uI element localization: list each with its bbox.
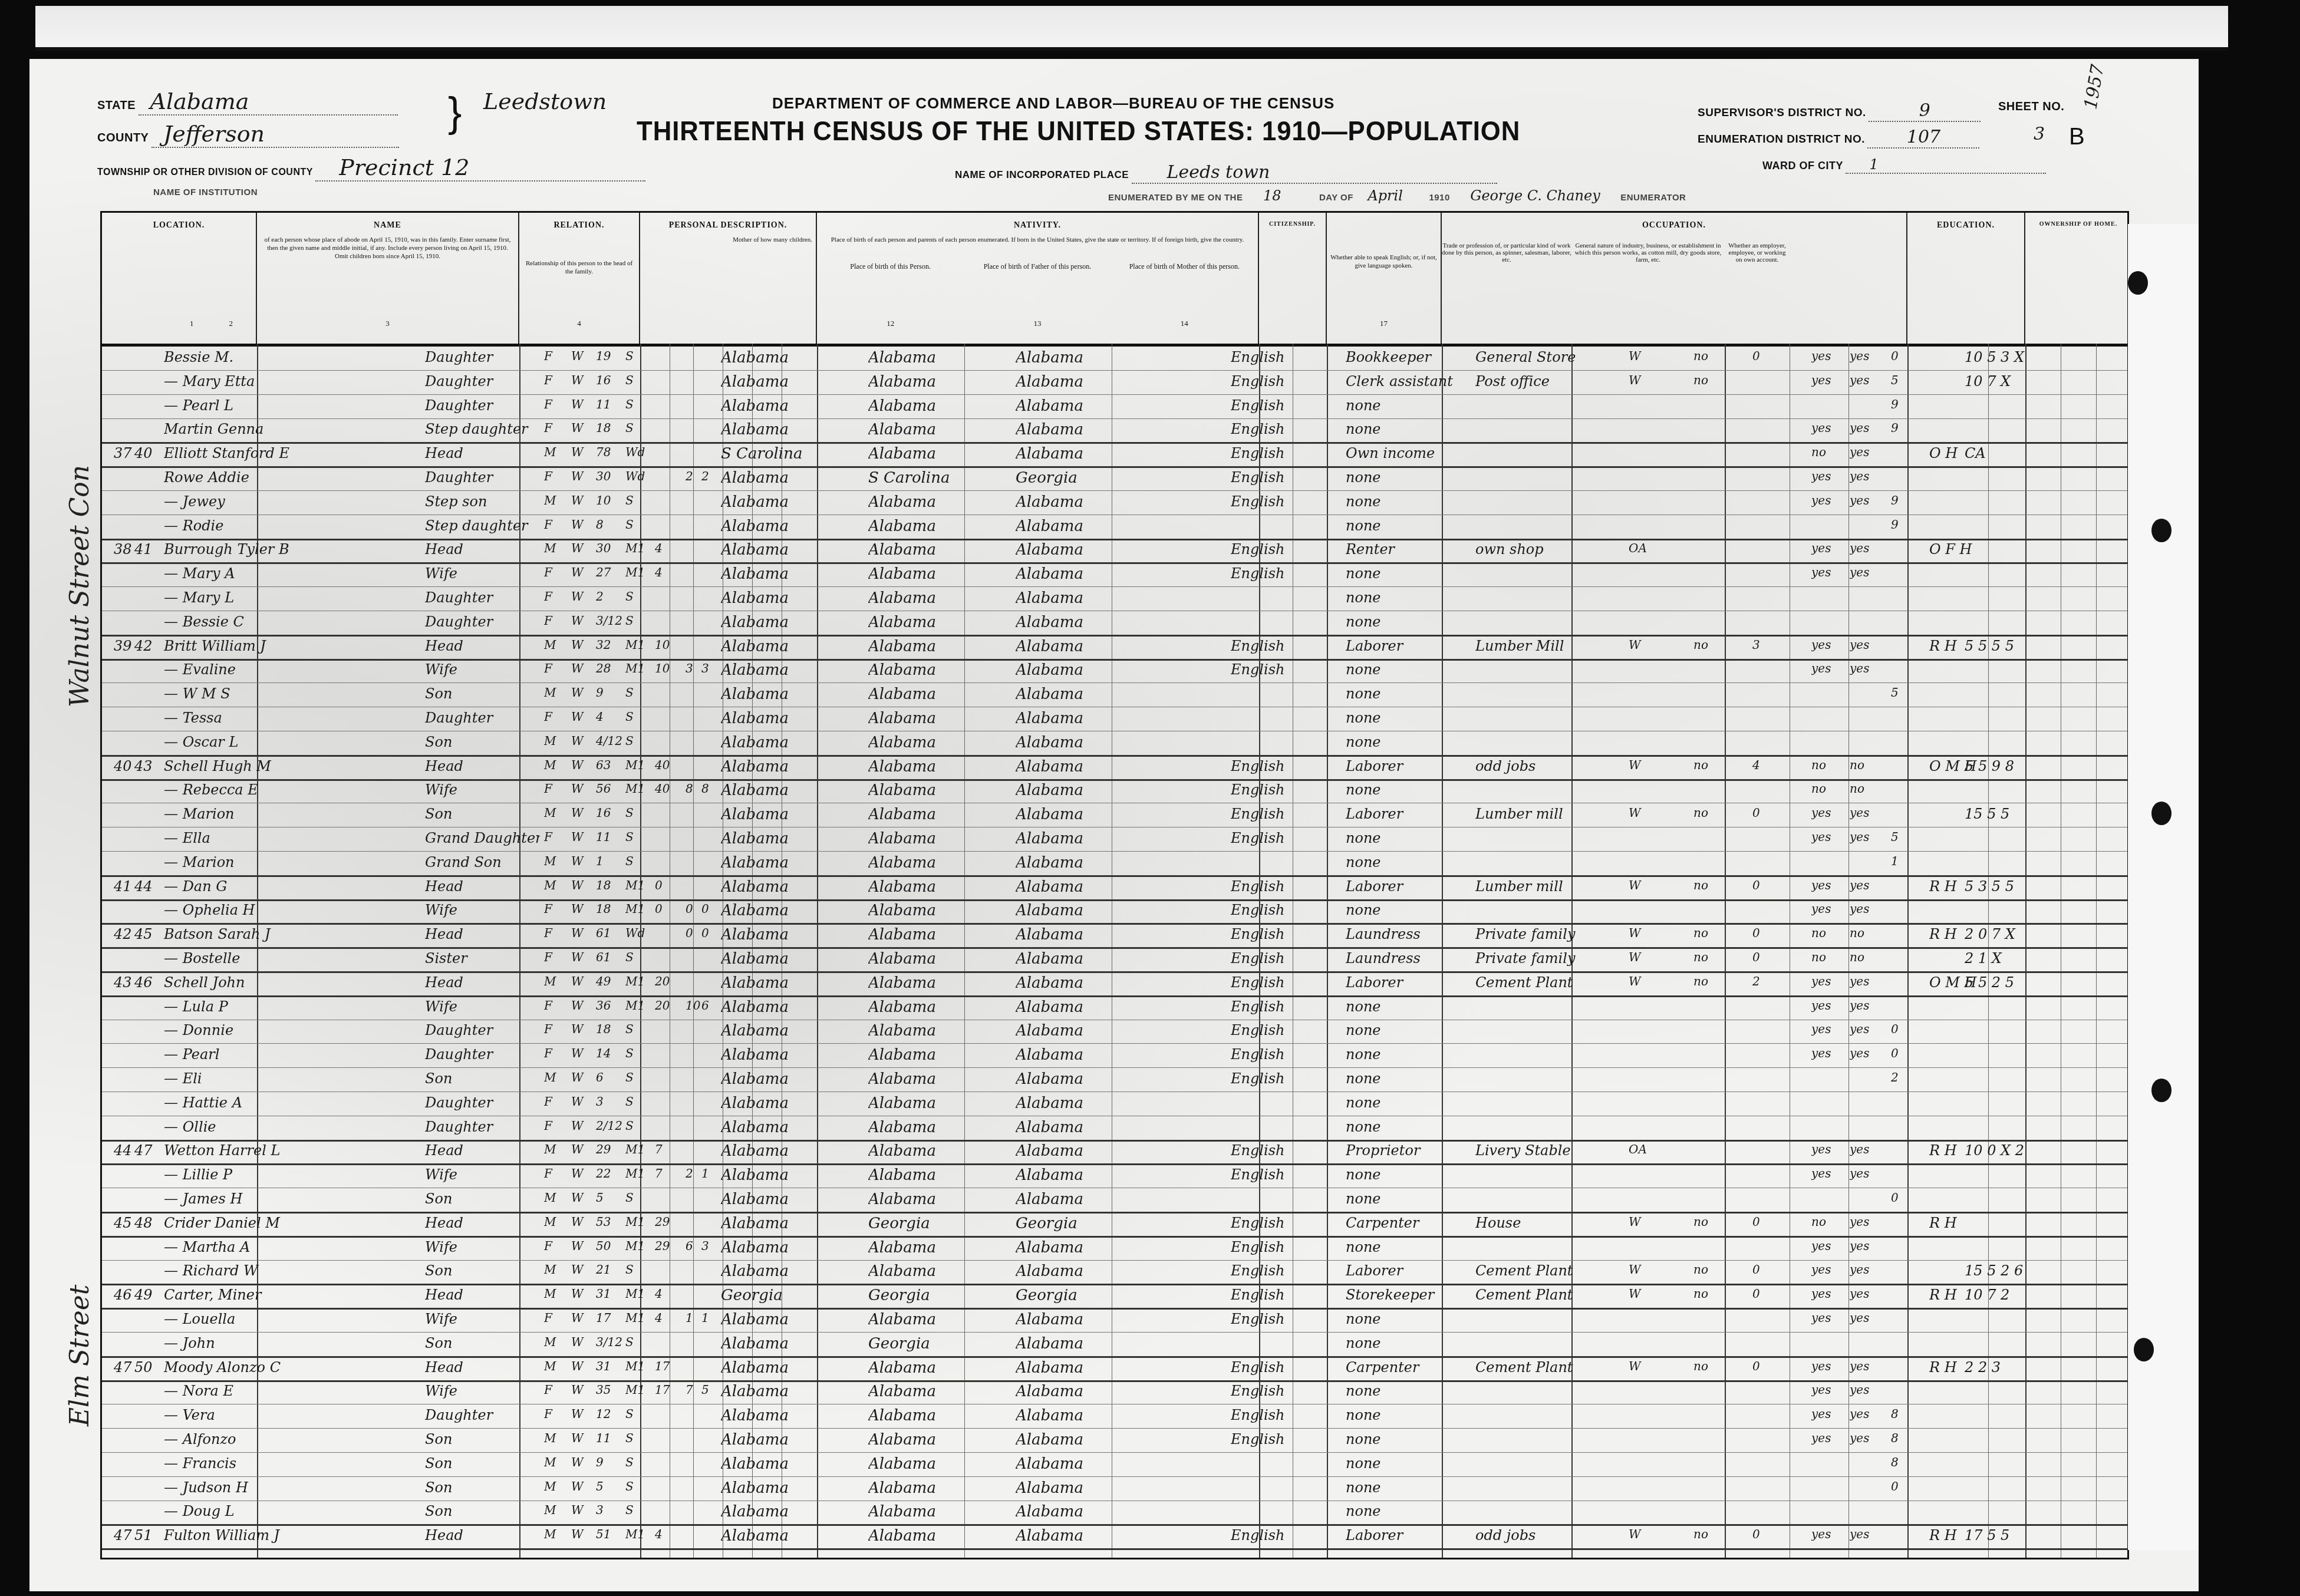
cell-relation: Head [425, 1527, 540, 1544]
cell-race: W [571, 1119, 592, 1133]
cell-emp: W [1629, 1287, 1688, 1301]
cell-relation: Wife [425, 781, 540, 798]
cell-mother: Alabama [1016, 1119, 1157, 1136]
cell-trade: none [1346, 710, 1469, 726]
cell-age: 61 [596, 950, 622, 964]
cell-weeks: 0 [1752, 1359, 1805, 1373]
cell-name: — Bostelle [164, 950, 417, 967]
cell-lang: English [1231, 1022, 1340, 1038]
cell-sex: M [544, 1287, 568, 1301]
cell-birth: Alabama [721, 589, 862, 607]
cell-marital: M1 [625, 638, 652, 652]
cell-age: 16 [596, 806, 622, 820]
cell-school: 8 [1891, 1407, 1923, 1421]
cell-write: yes [1850, 1383, 1888, 1397]
state-label: STATE [97, 99, 136, 112]
cell-name: — John [164, 1335, 417, 1351]
cell-relation: Wife [425, 998, 540, 1015]
cell-marital: M1 [625, 758, 652, 772]
cell-father: Alabama [868, 878, 1010, 896]
cell-read: yes [1811, 1407, 1850, 1421]
cell-out: no [1693, 1262, 1747, 1277]
cell-living: 1 [701, 1166, 716, 1180]
cell-father: Alabama [868, 493, 1010, 511]
cell-trade: none [1346, 1094, 1469, 1111]
cell-industry: own shop [1475, 541, 1623, 558]
cell-sex: F [544, 565, 568, 579]
table-row: 65— W M SSonMW9SAlabamaAlabamaAlabamanon… [102, 683, 2127, 707]
cell-write: no [1850, 758, 1888, 772]
cell-sex: F [544, 1094, 568, 1109]
cell-mother: Alabama [1016, 1046, 1157, 1064]
cell-mother: Alabama [1016, 541, 1157, 559]
cell-name: — Vera [164, 1407, 417, 1423]
cell-trade: none [1346, 1479, 1469, 1496]
cell-school: 8 [1891, 1431, 1923, 1445]
cell-trade: none [1346, 1119, 1469, 1135]
cell-sex: F [544, 589, 568, 604]
cell-marital: S [625, 734, 652, 748]
cell-birth: Alabama [721, 710, 862, 727]
cell-code: 2 1 X [1965, 950, 2029, 967]
cell-lang: English [1231, 493, 1340, 510]
cell-code: 15 5 5 [1965, 806, 2029, 822]
cell-sex: M [544, 1431, 568, 1445]
cell-race: W [571, 758, 592, 772]
cell-emp: OA [1629, 1142, 1688, 1156]
cell-lang: English [1231, 1142, 1340, 1159]
cell-code: 2 2 3 [1965, 1359, 2029, 1376]
cell-out: no [1693, 758, 1747, 772]
cell-school: 2 [1891, 1070, 1923, 1084]
cell-relation: Son [425, 1503, 540, 1519]
cell-write: no [1850, 950, 1888, 964]
cell-write: yes [1850, 565, 1888, 579]
cell-industry: Post office [1475, 373, 1623, 390]
cell-sex: M [544, 493, 568, 507]
cell-code: 15 5 2 6 [1965, 1262, 2029, 1279]
cell-age: 18 [596, 1022, 622, 1036]
cell-name: Bessie M. [164, 349, 417, 365]
cell-age: 16 [596, 373, 622, 387]
cell-marital: M1 [625, 902, 652, 916]
cell-living: 3 [701, 661, 716, 675]
cell-lang: English [1231, 1046, 1340, 1063]
cell-code: 10 5 3 X [1965, 349, 2029, 365]
cell-name: — Nora E [164, 1383, 417, 1399]
margin-note-street-lower: Elm Street [65, 1284, 95, 1426]
cell-relation: Head [425, 758, 540, 774]
cell-name: Martin Genna [164, 421, 417, 437]
cell-age: 1 [596, 854, 622, 868]
cell-write: yes [1850, 1215, 1888, 1229]
cell-father: Alabama [868, 781, 1010, 799]
cell-birth: Alabama [721, 974, 862, 992]
cell-relation: Daughter [425, 1094, 540, 1111]
cell-family: 48 [134, 1215, 158, 1231]
cell-age: 78 [596, 445, 622, 459]
cell-name: — Francis [164, 1455, 417, 1472]
cell-father: Georgia [868, 1287, 1010, 1304]
cell-sex: F [544, 517, 568, 532]
cell-birth: Alabama [721, 614, 862, 631]
cell-birth: Alabama [721, 1239, 862, 1257]
cell-write: yes [1850, 661, 1888, 675]
cell-birth: Alabama [721, 1383, 862, 1400]
cell-marital: M1 [625, 1166, 652, 1180]
cell-relation: Wife [425, 1239, 540, 1255]
cell-read: no [1811, 445, 1850, 459]
cell-sex: M [544, 1335, 568, 1349]
cell-living: 8 [701, 781, 716, 796]
enumeration-no: 107 [1867, 127, 1979, 149]
cell-lang: English [1231, 1239, 1340, 1255]
cell-trade: none [1346, 734, 1469, 750]
cell-race: W [571, 349, 592, 363]
cell-relation: Son [425, 1262, 540, 1279]
cell-age: 22 [596, 1166, 622, 1180]
county-label: COUNTY [97, 131, 149, 144]
table-row: 66— TessaDaughterFW4SAlabamaAlabamaAlaba… [102, 707, 2127, 731]
cell-living: 0 [701, 902, 716, 916]
cell-read: yes [1811, 1431, 1850, 1445]
cell-sex: M [544, 1262, 568, 1277]
cell-trade: none [1346, 1383, 1469, 1399]
cell-read: yes [1811, 1142, 1850, 1156]
cell-name: — Pearl [164, 1046, 417, 1063]
cell-age: 3 [596, 1503, 622, 1517]
cell-write: no [1850, 781, 1888, 796]
cell-age: 5 [596, 1191, 622, 1205]
table-row: 96— AlfonzoSonMW11SAlabamaAlabamaAlabama… [102, 1429, 2127, 1453]
table-row: 83— OllieDaughterFW2/12SAlabamaAlabamaAl… [102, 1116, 2127, 1142]
cell-own: R H [1929, 1215, 1994, 1231]
cell-industry: Cement Plant [1475, 974, 1623, 991]
cell-name: — Oscar L [164, 734, 417, 750]
cell-age: 56 [596, 781, 622, 796]
table-row: 64— EvalineWifeFW28M11033AlabamaAlabamaA… [102, 659, 2127, 683]
cell-sex: M [544, 1479, 568, 1493]
county-field: COUNTY Jefferson [97, 121, 399, 148]
cell-trade: Laborer [1346, 974, 1469, 991]
cell-marital: M1 [625, 661, 652, 675]
cell-name: Schell Hugh M [164, 758, 417, 774]
cell-mother: Alabama [1016, 614, 1157, 631]
cell-lang: English [1231, 998, 1340, 1015]
cell-relation: Head [425, 638, 540, 654]
cell-write: yes [1850, 493, 1888, 507]
cell-age: 9 [596, 685, 622, 700]
cell-sex: F [544, 469, 568, 483]
cell-father: Alabama [868, 373, 1010, 391]
cell-read: yes [1811, 1262, 1850, 1277]
cell-age: 63 [596, 758, 622, 772]
cell-marital: M1 [625, 878, 652, 892]
cell-emp: W [1629, 373, 1688, 387]
cell-yrs: 4 [655, 565, 681, 579]
cell-race: W [571, 1262, 592, 1277]
cell-father: Alabama [868, 661, 1010, 679]
cell-father: Alabama [868, 1383, 1010, 1400]
cell-relation: Head [425, 1215, 540, 1231]
cell-read: yes [1811, 373, 1850, 387]
cell-trade: Laborer [1346, 1527, 1469, 1544]
cell-marital: S [625, 685, 652, 700]
cell-out: no [1693, 806, 1747, 820]
cell-sex: F [544, 998, 568, 1013]
cell-family: 43 [134, 758, 158, 774]
cell-sex: M [544, 974, 568, 988]
cell-read: yes [1811, 998, 1850, 1013]
table-row: 71— EllaGrand DaughterFW11SAlabamaAlabam… [102, 827, 2127, 852]
table-row: 69— Rebecca EWifeFW56M14088AlabamaAlabam… [102, 779, 2127, 803]
cell-name: — Dan G [164, 878, 417, 895]
cell-industry: Cement Plant [1475, 1359, 1623, 1376]
cell-birth: Alabama [721, 878, 862, 896]
cell-age: 11 [596, 830, 622, 844]
cell-race: W [571, 1407, 592, 1421]
cell-age: 3/12 [596, 1335, 622, 1349]
cell-lang: English [1231, 806, 1340, 822]
cell-marital: M1 [625, 1239, 652, 1253]
cell-school: 0 [1891, 349, 1923, 363]
cell-name: Fulton William J [164, 1527, 417, 1544]
table-row: 79— DonnieDaughterFW18SAlabamaAlabamaAla… [102, 1020, 2127, 1044]
cell-relation: Daughter [425, 373, 540, 390]
cell-marital: S [625, 710, 652, 724]
cell-write: yes [1850, 1287, 1888, 1301]
cell-yrs: 10 [655, 638, 681, 652]
table-row: 56Rowe AddieDaughterFW30Wd22AlabamaS Car… [102, 467, 2127, 491]
cell-read: yes [1811, 806, 1850, 820]
cell-relation: Son [425, 1070, 540, 1087]
cell-lang: English [1231, 878, 1340, 895]
cell-marital: S [625, 349, 652, 363]
cell-sex: F [544, 1022, 568, 1036]
cell-trade: Laborer [1346, 638, 1469, 654]
cell-trade: none [1346, 998, 1469, 1015]
cell-trade: none [1346, 1046, 1469, 1063]
cell-sex: F [544, 421, 568, 435]
cell-birth: Alabama [721, 781, 862, 799]
cell-race: W [571, 565, 592, 579]
state-field: STATE Alabama [97, 88, 398, 116]
cell-lang: English [1231, 638, 1340, 654]
cell-emp: W [1629, 758, 1688, 772]
cell-living: 6 [701, 998, 716, 1013]
cell-write: yes [1850, 1022, 1888, 1036]
binding-hole-icon [2151, 802, 2172, 825]
cell-code: 5 5 2 5 [1965, 974, 2029, 991]
table-row: 633942Britt William JHeadMW32M110Alabama… [102, 635, 2127, 661]
cell-write: yes [1850, 1262, 1888, 1277]
cell-yrs: 20 [655, 998, 681, 1013]
cell-age: 11 [596, 1431, 622, 1445]
cell-read: yes [1811, 974, 1850, 988]
cell-race: W [571, 1431, 592, 1445]
cell-trade: Laborer [1346, 878, 1469, 895]
cell-industry: odd jobs [1475, 758, 1623, 774]
table-row: 82— Hattie ADaughterFW3SAlabamaAlabamaAl… [102, 1092, 2127, 1116]
cell-lang: English [1231, 661, 1340, 678]
cell-relation: Head [425, 926, 540, 942]
cell-name: — Ophelia H [164, 902, 417, 918]
cell-mother: Alabama [1016, 397, 1157, 415]
cell-living: 0 [701, 926, 716, 940]
sheet-side: B [2069, 124, 2085, 150]
department-heading: DEPARTMENT OF COMMERCE AND LABOR—BUREAU … [772, 94, 1334, 113]
cell-sex: F [544, 614, 568, 628]
cell-trade: Laundress [1346, 926, 1469, 942]
brace-note: Leedstown [483, 88, 607, 114]
cell-age: 30 [596, 469, 622, 483]
cell-lang: English [1231, 1383, 1340, 1399]
cell-school: 9 [1891, 397, 1923, 411]
cell-age: 18 [596, 878, 622, 892]
cell-marital: S [625, 1022, 652, 1036]
cell-marital: S [625, 950, 652, 964]
cell-birth: S Carolina [721, 445, 862, 463]
cell-race: W [571, 1527, 592, 1541]
cell-race: W [571, 806, 592, 820]
cell-school: 0 [1891, 1022, 1923, 1036]
cell-father: Alabama [868, 1527, 1010, 1545]
cell-name: — Jewey [164, 493, 417, 510]
cell-father: Georgia [868, 1215, 1010, 1232]
cell-father: Alabama [868, 902, 1010, 919]
cell-mother: Alabama [1016, 1070, 1157, 1088]
cell-age: 21 [596, 1262, 622, 1277]
cell-sex: M [544, 734, 568, 748]
table-row: 91— LouellaWifeFW17M1411AlabamaAlabamaAl… [102, 1308, 2127, 1333]
cell-trade: none [1346, 565, 1469, 582]
cell-code: 5 5 5 5 [1965, 638, 2029, 654]
cell-relation: Wife [425, 1383, 540, 1399]
cell-father: Alabama [868, 1119, 1010, 1136]
cell-trade: none [1346, 854, 1469, 870]
cell-race: W [571, 830, 592, 844]
cell-write: yes [1850, 469, 1888, 483]
cell-born: 6 [686, 1239, 700, 1253]
cell-relation: Daughter [425, 710, 540, 726]
cell-age: 4/12 [596, 734, 622, 748]
cell-mother: Alabama [1016, 950, 1157, 968]
page-title: THIRTEENTH CENSUS OF THE UNITED STATES: … [637, 115, 1520, 147]
cell-lang: English [1231, 1431, 1340, 1447]
cell-birth: Alabama [721, 1503, 862, 1521]
cell-birth: Alabama [721, 806, 862, 823]
cell-race: W [571, 1503, 592, 1517]
cell-mother: Alabama [1016, 517, 1157, 535]
table-row: 934750Moody Alonzo CHeadMW31M117AlabamaA… [102, 1357, 2127, 1382]
cell-father: Alabama [868, 565, 1010, 583]
cell-father: Alabama [868, 1503, 1010, 1521]
cell-marital: M1 [625, 1311, 652, 1325]
cell-lang: English [1231, 830, 1340, 846]
cell-age: 10 [596, 493, 622, 507]
cell-lang: English [1231, 541, 1340, 558]
cell-father: Alabama [868, 1479, 1010, 1497]
cell-mother: Alabama [1016, 1503, 1157, 1521]
cell-name: — James H [164, 1191, 417, 1207]
cell-relation: Daughter [425, 1119, 540, 1135]
cell-read: yes [1811, 1287, 1850, 1301]
cell-emp: W [1629, 926, 1688, 940]
cell-birth: Alabama [721, 565, 862, 583]
cell-birth: Alabama [721, 349, 862, 367]
cell-birth: Alabama [721, 1407, 862, 1424]
cell-marital: S [625, 1503, 652, 1517]
table-row: 88— Martha AWifeFW50M12963AlabamaAlabama… [102, 1236, 2127, 1261]
cell-father: Alabama [868, 854, 1010, 872]
cell-age: 14 [596, 1046, 622, 1060]
cell-relation: Son [425, 1455, 540, 1472]
cell-father: Alabama [868, 541, 1010, 559]
cell-code: 10 0 X 2 [1965, 1142, 2029, 1159]
cell-mother: Alabama [1016, 493, 1157, 511]
cell-family: 47 [134, 1142, 158, 1159]
cell-birth: Alabama [721, 1527, 862, 1545]
cell-industry: Lumber mill [1475, 878, 1623, 895]
cell-lang: English [1231, 421, 1340, 437]
cell-trade: none [1346, 1070, 1469, 1087]
cell-relation: Step daughter [425, 421, 540, 437]
cell-name: — Richard W [164, 1262, 417, 1279]
cell-marital: S [625, 517, 652, 532]
cell-weeks: 3 [1752, 638, 1805, 652]
cell-emp: W [1629, 1262, 1688, 1277]
cell-trade: none [1346, 469, 1469, 486]
cell-race: W [571, 1094, 592, 1109]
cell-out: no [1693, 1527, 1747, 1541]
cell-name: — Evaline [164, 661, 417, 678]
cell-name: — Mary A [164, 565, 417, 582]
cell-lang: English [1231, 1166, 1340, 1183]
cell-race: W [571, 1239, 592, 1253]
table-row: 70— MarionSonMW16SAlabamaAlabamaAlabamaE… [102, 803, 2127, 827]
cell-race: W [571, 517, 592, 532]
table-row: 94— Nora EWifeFW35M11775AlabamaAlabamaAl… [102, 1380, 2127, 1404]
supervisor-district: SUPERVISOR'S DISTRICT NO. 9 [1698, 100, 1981, 122]
institution-label: NAME OF INSTITUTION [153, 187, 258, 197]
cell-age: 8 [596, 517, 622, 532]
cell-write: yes [1850, 1311, 1888, 1325]
cell-read: no [1811, 926, 1850, 940]
cell-marital: S [625, 1119, 652, 1133]
cell-name: — Alfonzo [164, 1431, 417, 1447]
cell-mother: Alabama [1016, 1142, 1157, 1160]
cell-emp: W [1629, 638, 1688, 652]
cell-trade: Bookkeeper [1346, 349, 1469, 365]
cell-race: W [571, 1359, 592, 1373]
cell-relation: Step son [425, 493, 540, 510]
cell-sex: F [544, 1311, 568, 1325]
cell-living: 5 [701, 1383, 716, 1397]
cell-age: 17 [596, 1311, 622, 1325]
cell-father: Alabama [868, 734, 1010, 751]
cell-relation: Head [425, 974, 540, 991]
cell-race: W [571, 685, 592, 700]
cell-mother: Alabama [1016, 1191, 1157, 1208]
cell-read: yes [1811, 1166, 1850, 1180]
cell-birth: Alabama [721, 1191, 862, 1208]
table-row: 80— PearlDaughterFW14SAlabamaAlabamaAlab… [102, 1044, 2127, 1068]
cell-name: — Lillie P [164, 1166, 417, 1183]
cell-name: Moody Alonzo C [164, 1359, 417, 1376]
cell-marital: S [625, 614, 652, 628]
cell-trade: Laborer [1346, 806, 1469, 822]
cell-industry: Private family [1475, 926, 1623, 942]
